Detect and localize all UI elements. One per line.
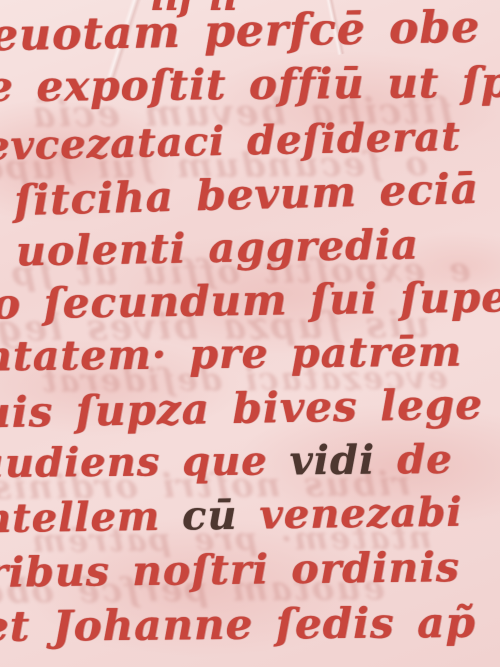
manuscript-photo: ſitciha bevum eciā o ſecundum ſui ſupe e… <box>0 0 500 667</box>
text-line-10: ntellem cū venezabi <box>0 489 463 543</box>
text-segment: audiens que <box>0 437 290 487</box>
text-line-1: euotam perfcē obe <box>0 2 481 62</box>
text-line-7: ntatem· pre patrēm <box>0 327 462 380</box>
text-line-3: evcezataci deſiderat <box>0 113 461 170</box>
text-segment: o ſecundum ſui ſupe <box>0 272 500 328</box>
text-line-9: audiens que vidi de <box>0 436 453 487</box>
text-segment: euotam perfcē obe <box>0 2 481 62</box>
dark-ink-word: vidi <box>289 436 397 484</box>
text-segment: ribus noſtri ordinis <box>0 543 460 597</box>
text-line-12: et Johanne ſedis ap̃ <box>0 598 476 651</box>
text-segment: ntellem <box>0 493 182 543</box>
text-segment: uis ſupza bives lege <box>0 380 483 438</box>
text-segment: ntatem· pre patrēm <box>0 327 462 380</box>
dark-ink-word: cū <box>182 491 260 539</box>
text-segment: et Johanne ſedis ap̃ <box>0 598 476 651</box>
text-segment: de <box>397 436 453 483</box>
text-segment: e expoſtit offiū ut ſp <box>0 58 500 112</box>
text-segment: uolenti aggredia <box>16 220 420 275</box>
text-segment: evcezataci deſiderat <box>0 113 461 170</box>
text-line-2: e expoſtit offiū ut ſp <box>0 58 500 112</box>
text-line-5: uolenti aggredia <box>16 220 420 275</box>
text-segment: venezabi <box>259 489 463 539</box>
text-line-8: uis ſupza bives lege <box>0 380 483 438</box>
text-line-6: o ſecundum ſui ſupe <box>0 272 500 328</box>
text-line-11: ribus noſtri ordinis <box>0 543 460 597</box>
